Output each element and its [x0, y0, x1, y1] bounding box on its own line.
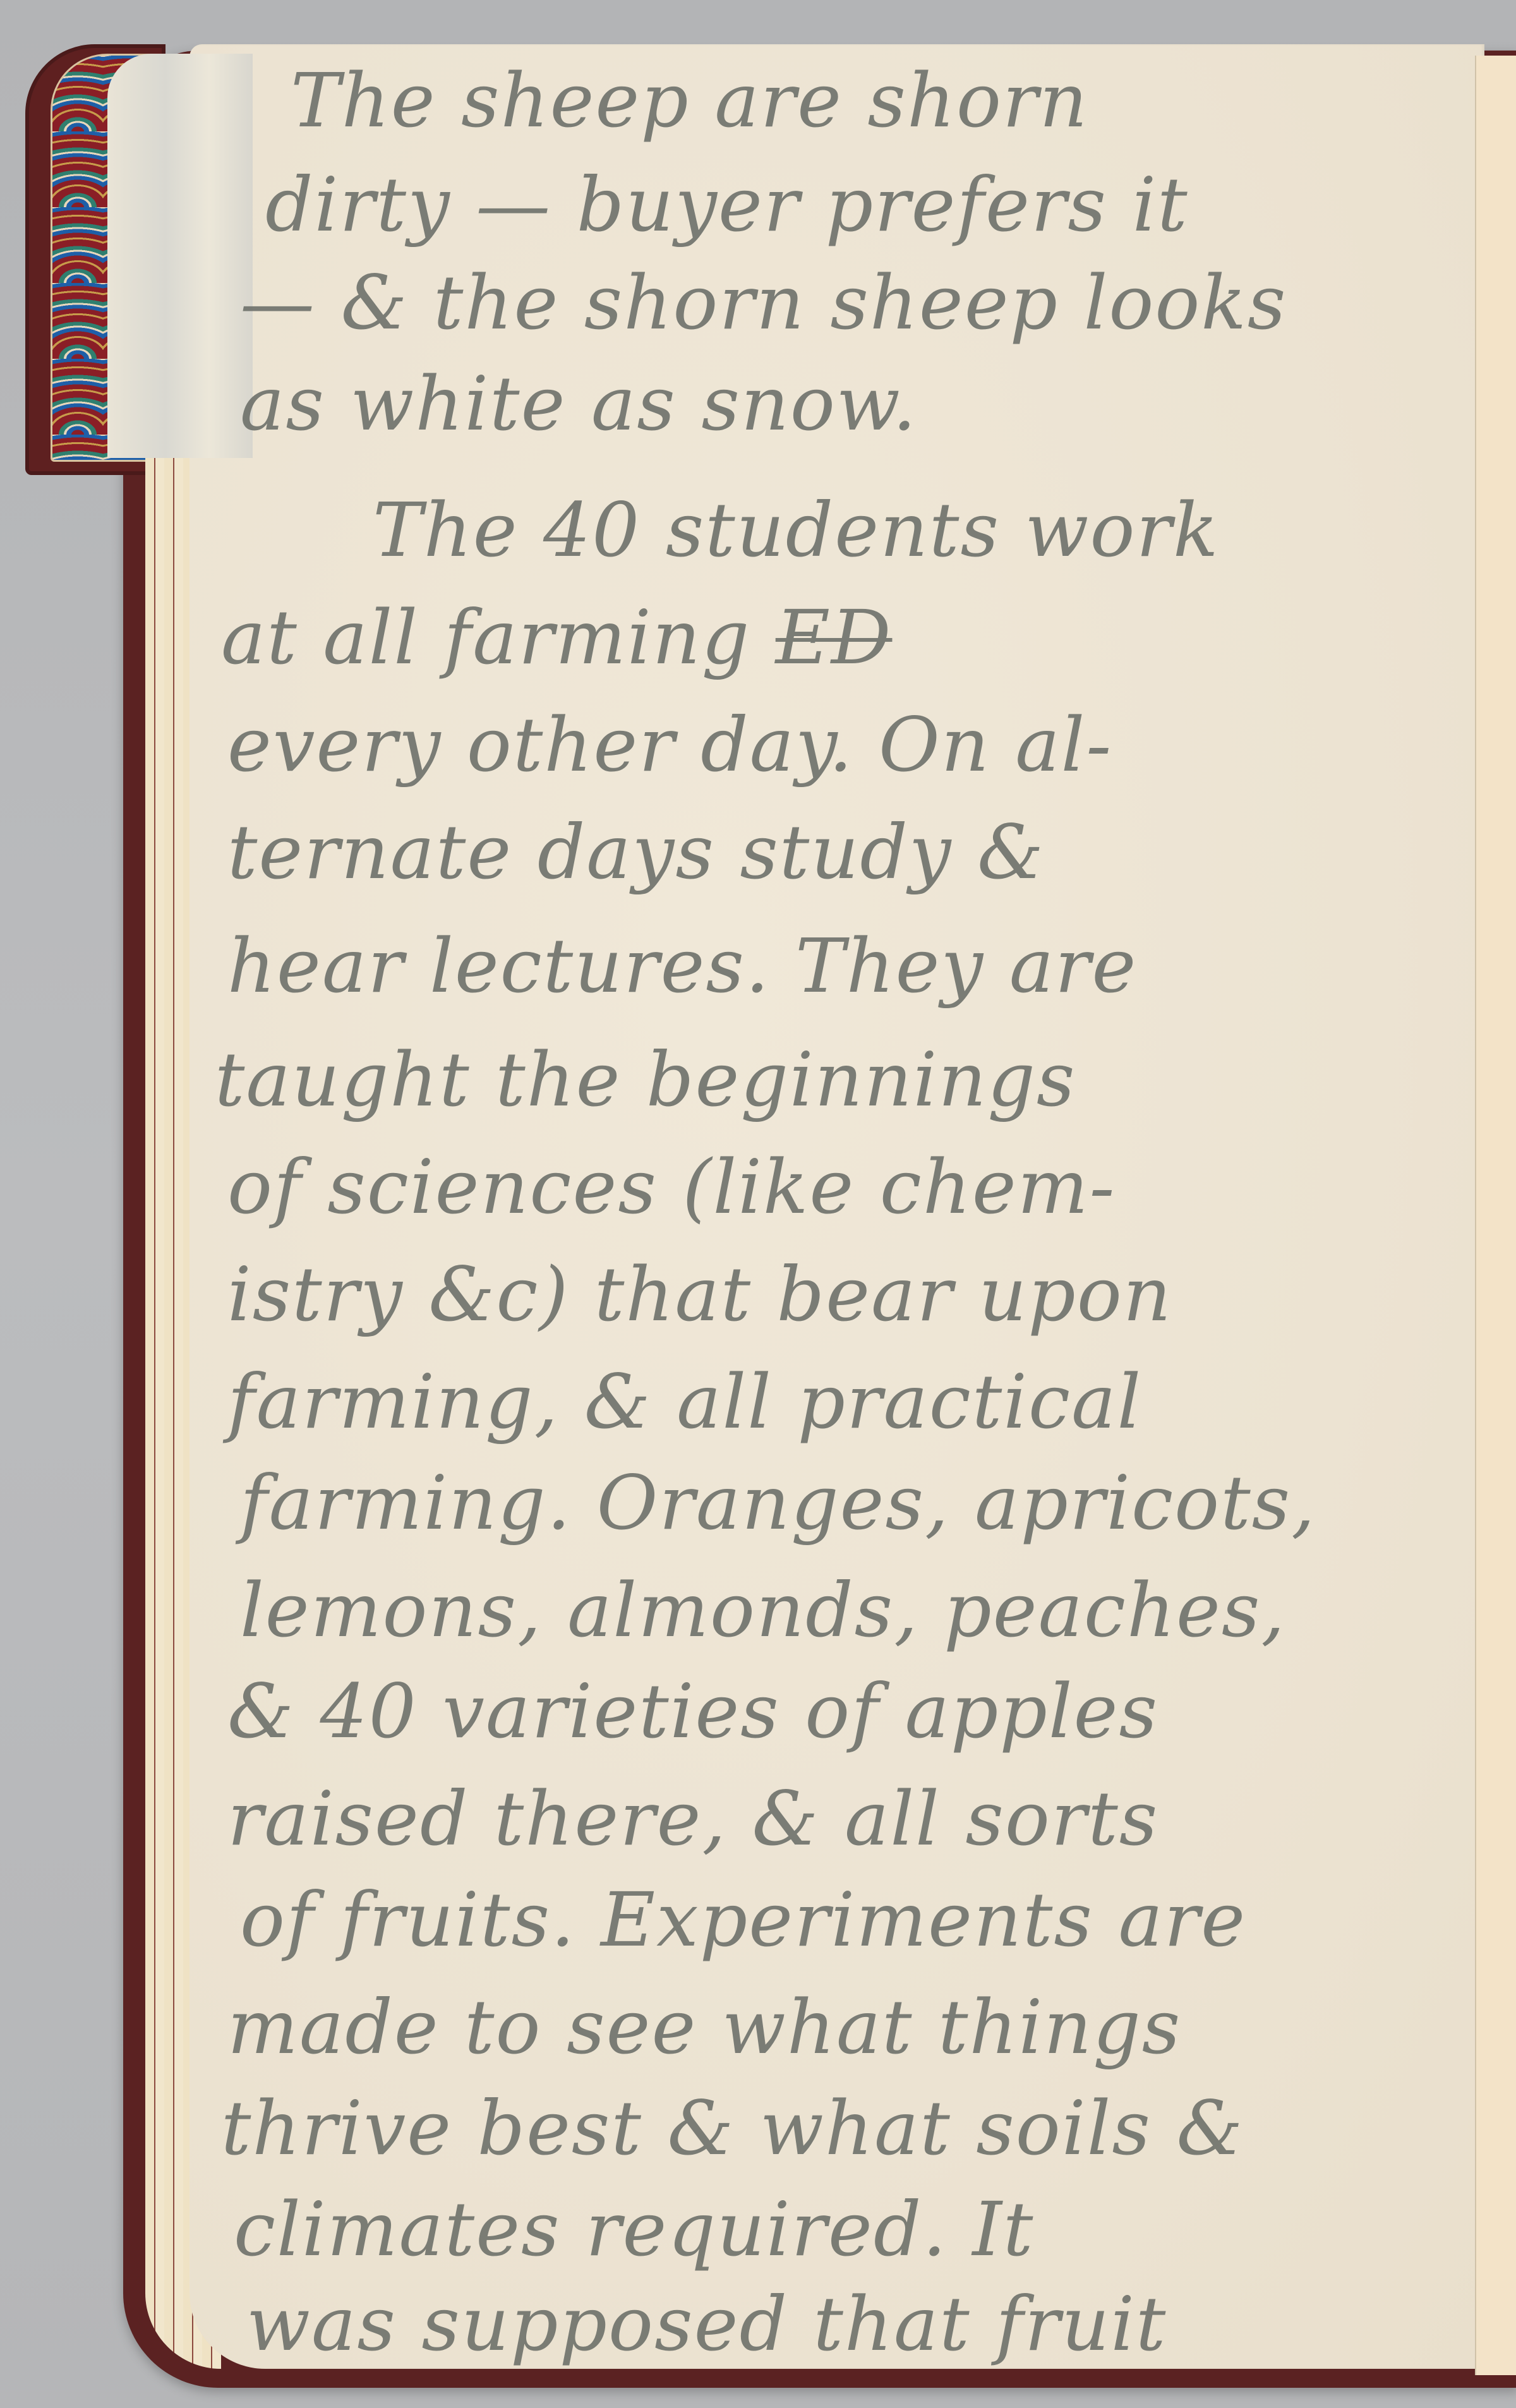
facing-page-edge — [1475, 56, 1516, 2375]
folded-flyleaf — [107, 54, 253, 458]
text-line: dirty — buyer prefers it — [265, 161, 1189, 248]
text-line: farming. Oranges, apricots, — [240, 1459, 1316, 1546]
text-line: taught the beginnings — [215, 1036, 1076, 1123]
text-line: made to see what things — [227, 1984, 1181, 2071]
text-line: hear lectures. They are — [227, 922, 1137, 1009]
text-line: The sheep are shorn — [291, 57, 1088, 144]
struck-word: ED — [776, 594, 893, 681]
text-line: of fruits. Experiments are — [240, 1876, 1246, 1963]
text-line: thrive best & what soils & — [221, 2085, 1244, 2172]
text-line: & 40 varieties of apples — [227, 1668, 1158, 1755]
text-line: every other day. On al- — [227, 701, 1112, 788]
text-line: raised there, & all sorts — [227, 1775, 1158, 1862]
text-line: was supposed that fruit — [246, 2280, 1167, 2368]
text-line: The 40 students work — [373, 486, 1219, 574]
text-line-main: at all farming — [221, 594, 750, 681]
text-line: of sciences (like chem- — [227, 1143, 1116, 1231]
text-line: — & the shorn sheep looks — [240, 259, 1287, 346]
text-line: as white as snow. — [240, 360, 917, 447]
text-line: farming, & all practical — [227, 1358, 1142, 1445]
text-line: lemons, almonds, peaches, — [240, 1567, 1286, 1654]
text-line: climates required. It — [234, 2186, 1034, 2273]
text-line: istry &c) that bear upon — [227, 1251, 1172, 1338]
text-line: ternate days study & — [227, 809, 1045, 896]
text-line-with-strike: at all farming ED — [221, 594, 892, 681]
